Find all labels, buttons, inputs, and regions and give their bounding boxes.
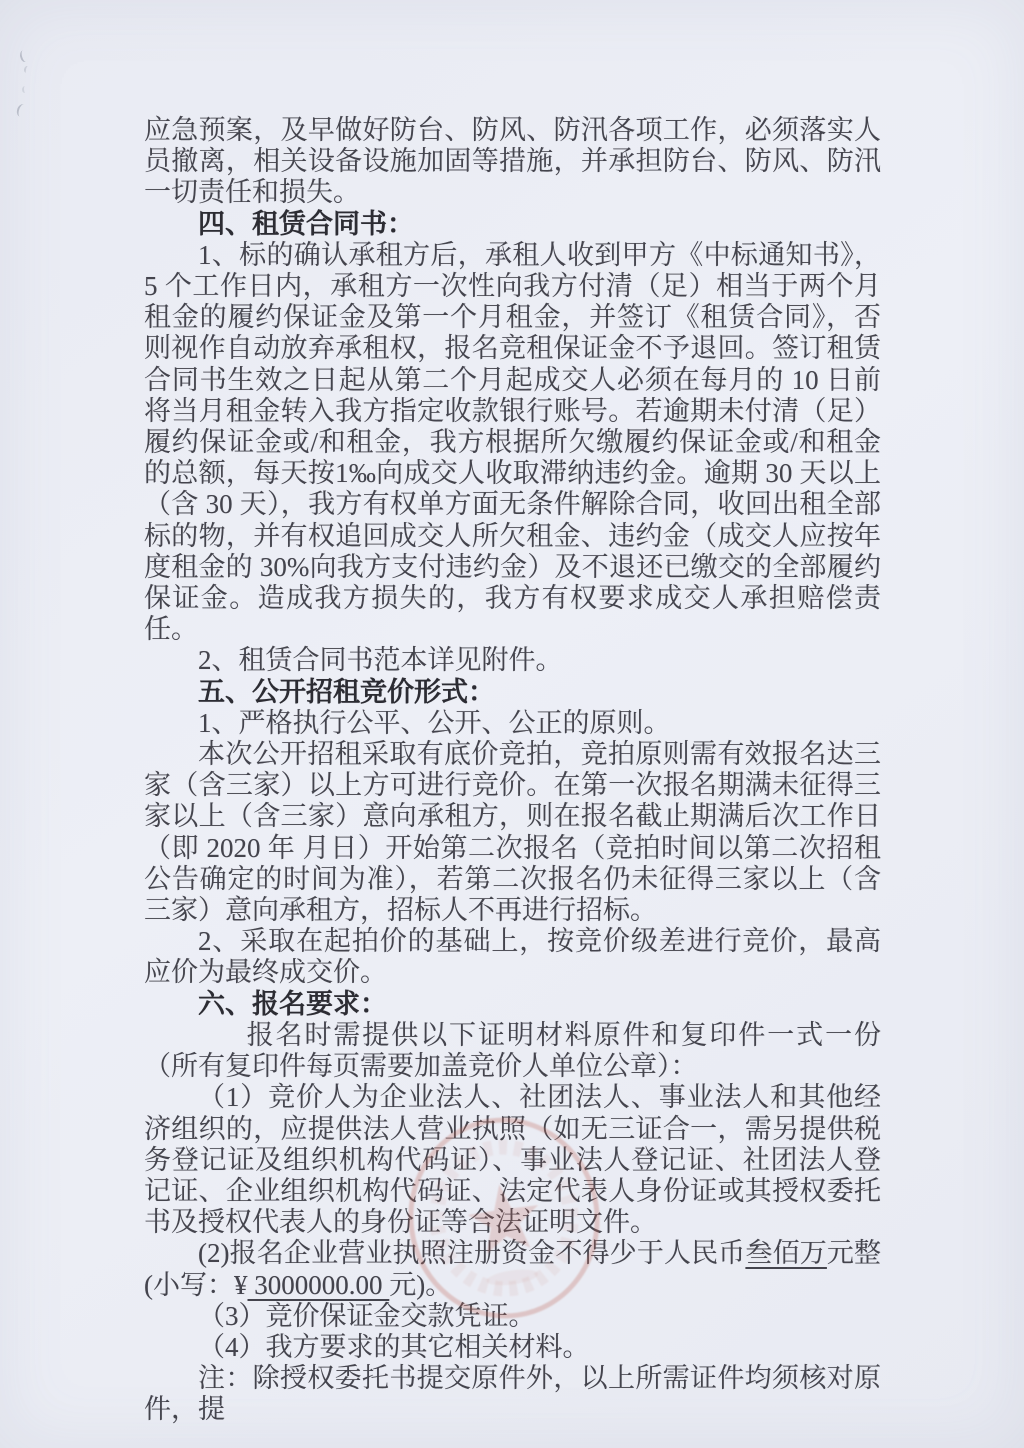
paragraph: 应急预案，及早做好防台、防风、防汛各项工作，必须落实人员撤离，相关设备设施加固等… <box>144 115 881 209</box>
text-run: 四、租赁合同书： <box>198 209 414 239</box>
text-run: 报名时需提供以下证明材料原件和复印件一式一份（所有复印件每页需要加盖竞价人单位公… <box>144 1020 881 1081</box>
text-run: 五、公开招租竞价形式： <box>198 677 495 707</box>
text-run: （3）竞价保证金交款凭证。 <box>198 1301 536 1331</box>
paragraph: 1、严格执行公平、公开、公正的原则。 <box>144 708 881 739</box>
scan-artifact <box>22 86 29 94</box>
section-heading: 六、报名要求： <box>144 989 881 1020</box>
text-run: 1、严格执行公平、公开、公正的原则。 <box>198 708 671 738</box>
scan-artifact <box>18 49 30 63</box>
paragraph: 注：除授权委托书提交原件外，以上所需证件均须核对原件，提 <box>144 1363 881 1425</box>
text-run: 六、报名要求： <box>198 989 387 1019</box>
text-run: 1、标的确认承租方后，承租人收到甲方《中标通知书》，5 个工作日内，承租方一次性… <box>144 240 881 644</box>
paragraph: (2)报名企业营业执照注册资金不得少于人民币叁佰万元整(小写：¥ 3000000… <box>144 1238 881 1300</box>
scan-artifact <box>16 103 29 118</box>
text-run: 注：除授权委托书提交原件外，以上所需证件均须核对原件，提 <box>144 1363 881 1424</box>
text-run: 元)。 <box>389 1270 452 1300</box>
paragraph: （4）我方要求的其它相关材料。 <box>144 1332 881 1363</box>
scan-artifact <box>23 66 30 74</box>
paragraph: 本次公开招租采取有底价竞拍，竞拍原则需有效报名达三家（含三家）以上方可进行竞价。… <box>144 739 881 926</box>
text-run: 本次公开招租采取有底价竞拍，竞拍原则需有效报名达三家（含三家）以上方可进行竞价。… <box>144 739 881 925</box>
section-heading: 五、公开招租竞价形式： <box>144 677 881 708</box>
text-run: 应急预案，及早做好防台、防风、防汛各项工作，必须落实人员撤离，相关设备设施加固等… <box>144 115 881 207</box>
paragraph: 报名时需提供以下证明材料原件和复印件一式一份（所有复印件每页需要加盖竞价人单位公… <box>144 1020 881 1082</box>
underlined-text: 3000000.00 <box>248 1270 390 1300</box>
paragraph: （3）竞价保证金交款凭证。 <box>144 1301 881 1332</box>
paragraph: 1、标的确认承租方后，承租人收到甲方《中标通知书》，5 个工作日内，承租方一次性… <box>144 240 881 646</box>
text-run: （1）竞价人为企业法人、社团法人、事业法人和其他经济组织的，应提供法人营业执照（… <box>144 1082 881 1237</box>
text-run: 2、采取在起拍价的基础上，按竞价级差进行竞价，最高应价为最终成交价。 <box>144 926 881 987</box>
paragraph: （1）竞价人为企业法人、社团法人、事业法人和其他经济组织的，应提供法人营业执照（… <box>144 1082 881 1238</box>
scanned-page: 应急预案，及早做好防台、防风、防汛各项工作，必须落实人员撤离，相关设备设施加固等… <box>0 0 1024 1448</box>
text-run: 2、租赁合同书范本详见附件。 <box>198 645 563 675</box>
text-run: (2)报名企业营业执照注册资金不得少于人民币 <box>198 1238 745 1268</box>
text-run: （4）我方要求的其它相关材料。 <box>198 1332 590 1362</box>
underlined-text: 叁佰万 <box>745 1238 826 1268</box>
paragraph: 2、采取在起拍价的基础上，按竞价级差进行竞价，最高应价为最终成交价。 <box>144 926 881 988</box>
document-body: 应急预案，及早做好防台、防风、防汛各项工作，必须落实人员撤离，相关设备设施加固等… <box>144 115 881 1426</box>
section-heading: 四、租赁合同书： <box>144 209 881 240</box>
paragraph: 2、租赁合同书范本详见附件。 <box>144 645 881 676</box>
